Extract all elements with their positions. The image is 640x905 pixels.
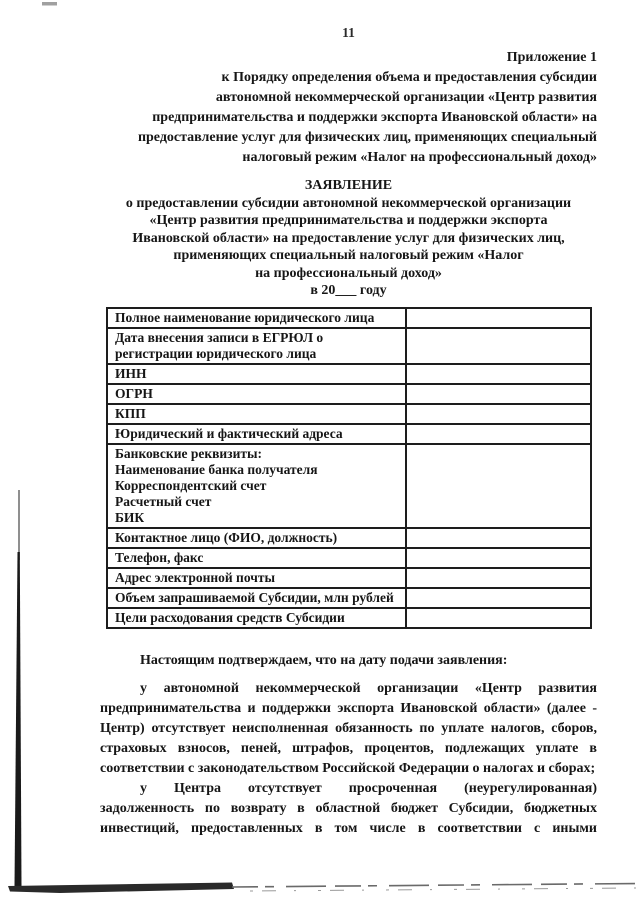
field-label-ogrn: ОГРН: [107, 384, 406, 404]
application-form-table: Полное наименование юридического лица Да…: [106, 307, 592, 629]
table-row: Дата внесения записи в ЕГРЮЛ о регистрац…: [107, 328, 591, 364]
table-row: Банковские реквизиты: Наименование банка…: [107, 444, 591, 528]
field-value-cell: [406, 328, 591, 364]
field-label-contact-person: Контактное лицо (ФИО, должность): [107, 528, 406, 548]
appendix-line: к Порядку определения объема и предостав…: [100, 68, 597, 88]
table-row: Объем запрашиваемой Субсидии, млн рублей: [107, 588, 591, 608]
field-value-cell: [406, 528, 591, 548]
application-title: ЗАЯВЛЕНИЕ о предоставлении субсидии авто…: [100, 177, 597, 300]
scanned-document-page: 11 Приложение 1 к Порядку определения об…: [0, 0, 640, 905]
field-label-egrul-date: Дата внесения записи в ЕГРЮЛ о регистрац…: [107, 328, 406, 364]
body-paragraph-taxes: у автономной некоммерческой организации …: [100, 679, 597, 779]
field-value-cell: [406, 308, 591, 328]
confirmation-intro: Настоящим подтверждаем, что на дату пода…: [100, 651, 597, 671]
body-paragraph-debt: у Центра отсутствует просроченная (неуре…: [100, 779, 597, 839]
scan-bottom-dots-icon: [250, 888, 636, 891]
table-row: Контактное лицо (ФИО, должность): [107, 528, 591, 548]
appendix-line: налоговый режим «Налог на профессиональн…: [100, 148, 597, 168]
field-label-kpp: КПП: [107, 404, 406, 424]
field-value-cell: [406, 364, 591, 384]
table-row: Цели расходования средств Субсидии: [107, 608, 591, 628]
table-row: Адрес электронной почты: [107, 568, 591, 588]
field-value-cell: [406, 588, 591, 608]
appendix-line: автономной некоммерческой организации «Ц…: [100, 88, 597, 108]
appendix-line: предпринимательства и поддержки экспорта…: [100, 108, 597, 128]
title-line: Ивановской области» на предоставление ус…: [100, 230, 597, 248]
table-row: Юридический и фактический адреса: [107, 424, 591, 444]
field-value-cell: [406, 548, 591, 568]
field-value-cell: [406, 424, 591, 444]
appendix-line: предоставление услуг для физических лиц,…: [100, 128, 597, 148]
title-line: «Центр развития предпринимательства и по…: [100, 212, 597, 230]
field-label-bank-details: Банковские реквизиты: Наименование банка…: [107, 444, 406, 528]
title-line: ЗАЯВЛЕНИЕ: [100, 177, 597, 195]
field-value-cell: [406, 568, 591, 588]
field-value-cell: [406, 404, 591, 424]
title-year-line: в 20___ году: [100, 282, 597, 300]
field-label-full-name: Полное наименование юридического лица: [107, 308, 406, 328]
table-row: Телефон, факс: [107, 548, 591, 568]
field-value-cell: [406, 384, 591, 404]
title-line: на профессиональный доход»: [100, 265, 597, 283]
field-label-addresses: Юридический и фактический адреса: [107, 424, 406, 444]
field-label-subsidy-amount: Объем запрашиваемой Субсидии, млн рублей: [107, 588, 406, 608]
scan-bottom-smear-dark-icon: [8, 883, 234, 894]
title-line: применяющих специальный налоговый режим …: [100, 247, 597, 265]
scan-bottom-line-icon: [232, 884, 638, 888]
scan-edge-line-gray-icon: [18, 490, 20, 560]
field-label-email: Адрес электронной почты: [107, 568, 406, 588]
appendix-header: Приложение 1 к Порядку определения объем…: [100, 48, 597, 168]
title-line: о предоставлении субсидии автономной нек…: [100, 195, 597, 213]
field-label-inn: ИНН: [107, 364, 406, 384]
appendix-line: Приложение 1: [100, 48, 597, 68]
field-value-cell: [406, 444, 591, 528]
field-value-cell: [406, 608, 591, 628]
table-row: Полное наименование юридического лица: [107, 308, 591, 328]
page-number: 11: [100, 26, 597, 40]
field-label-spending-goals: Цели расходования средств Субсидии: [107, 608, 406, 628]
field-label-phone-fax: Телефон, факс: [107, 548, 406, 568]
table-row: ОГРН: [107, 384, 591, 404]
table-row: ИНН: [107, 364, 591, 384]
scan-smudge-top-icon: [42, 2, 57, 6]
page-content: 11 Приложение 1 к Порядку определения об…: [100, 0, 597, 839]
table-row: КПП: [107, 404, 591, 424]
scan-edge-bar-icon: [15, 552, 22, 886]
